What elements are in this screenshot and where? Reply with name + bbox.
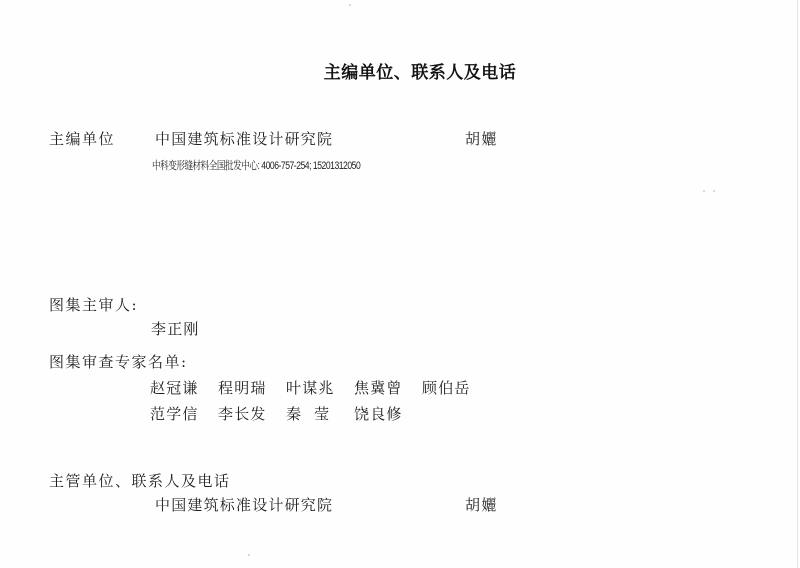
scan-speck (248, 554, 250, 556)
chief-editor-organization: 中国建筑标准设计研究院 (155, 128, 333, 149)
chief-editor-label: 主编单位 (49, 128, 115, 149)
supervising-label: 主管单位、联系人及电话 (49, 470, 231, 491)
expert-name: 顾伯岳 (422, 377, 490, 398)
chief-reviewer-label: 图集主审人: (49, 294, 138, 315)
scan-speck (349, 4, 351, 6)
expert-name: 李长发 (218, 403, 286, 424)
expert-name: 秦 莹 (286, 403, 354, 424)
page-title: 主编单位、联系人及电话 (0, 58, 800, 83)
expert-name: 焦冀曾 (354, 377, 422, 398)
supervising-contact: 胡孋 (465, 494, 497, 515)
supplier-note: 中科变形缝材料全国批发中心: 4006-757-254; 15201312050 (152, 157, 360, 173)
experts-row-1: 赵冠谦 程明瑞 叶谋兆 焦冀曾 顾伯岳 (150, 377, 490, 398)
expert-name: 程明瑞 (218, 377, 286, 398)
chief-reviewer-name: 李正刚 (151, 318, 200, 339)
scan-speck (703, 190, 705, 192)
document-page: 主编单位、联系人及电话 主编单位 中国建筑标准设计研究院 胡孋 中科变形缝材料全… (0, 0, 798, 568)
scan-speck (713, 190, 715, 192)
expert-name: 赵冠谦 (150, 377, 218, 398)
experts-row-2: 范学信 李长发 秦 莹 饶良修 (150, 403, 422, 424)
expert-name: 饶良修 (354, 403, 422, 424)
chief-editor-contact: 胡孋 (465, 128, 497, 149)
supervising-organization: 中国建筑标准设计研究院 (155, 494, 333, 515)
expert-name: 叶谋兆 (286, 377, 354, 398)
expert-name: 范学信 (150, 403, 218, 424)
review-experts-label: 图集审查专家名单: (49, 351, 188, 372)
